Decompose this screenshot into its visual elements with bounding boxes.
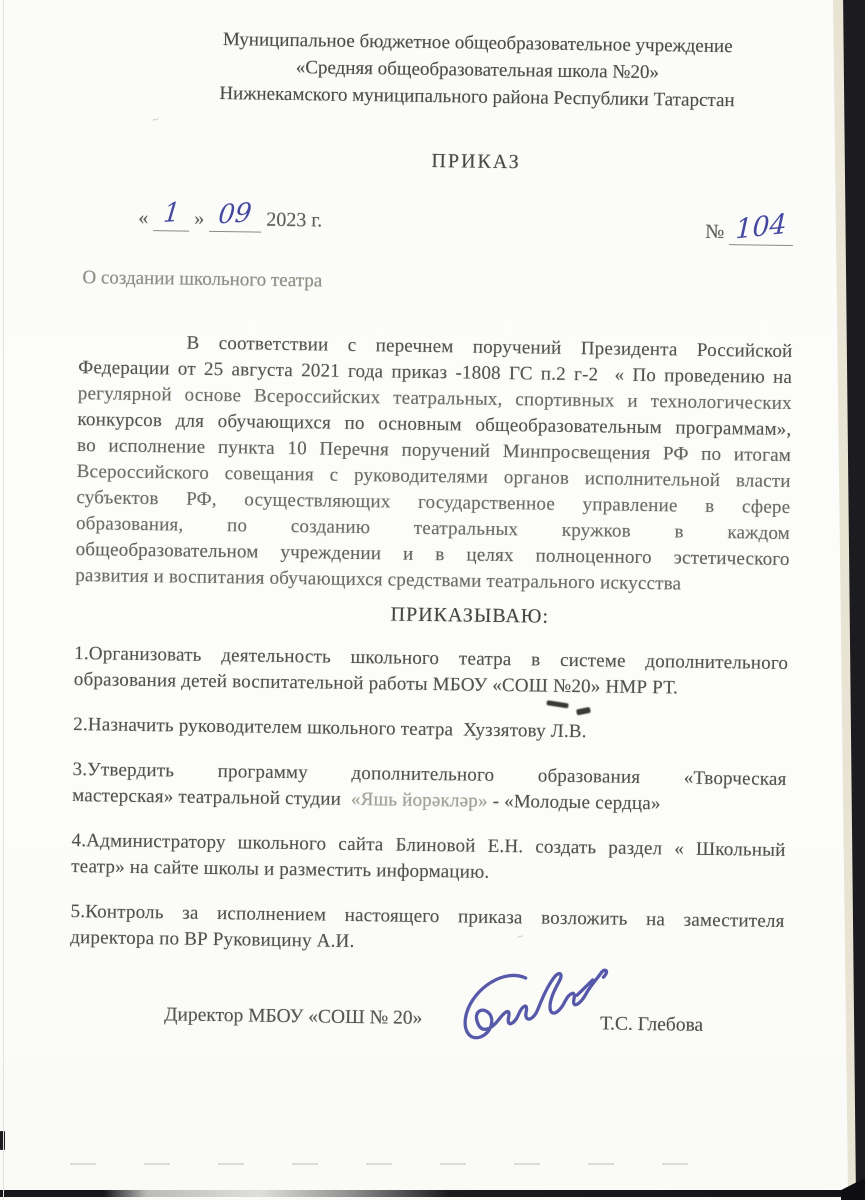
resolution-heading: ПРИКАЗЫВАЮ: (120, 600, 820, 633)
order-number-group: № 104 (705, 220, 793, 246)
document-type-title: ПРИКАЗ (126, 146, 826, 179)
order-items-list: 1.Организовать деятельность школьного те… (70, 641, 789, 980)
order-item-2: 2.Назначить руководителем школьного теат… (73, 712, 787, 748)
number-label: № (705, 221, 724, 243)
scan-edge-bottom (0, 1190, 865, 1197)
order-item-4: 4.Администратору школьного сайта Блиново… (71, 828, 786, 890)
number-value-handwritten: 104 (735, 215, 787, 241)
document-header: Муниципальное бюджетное общеобразователь… (127, 26, 828, 117)
scanned-order-page: Муниципальное бюджетное общеобразователь… (0, 0, 865, 1200)
date-and-number-row: « 1 » 09 2023 г. № 104 (80, 205, 795, 251)
order-item-1: 1.Организовать деятельность школьного те… (74, 641, 789, 703)
scan-artifact-squiggle-top: ~ (151, 113, 161, 126)
number-blank: 104 (729, 220, 793, 246)
order-item-5: 5.Контроль за исполнением настоящего при… (70, 899, 785, 961)
studio-text-before: мастерская» театральной студии (72, 785, 351, 810)
order-item-2-line-1: 2.Назначить руководителем школьного теат… (73, 712, 787, 748)
date-open-quote: « (138, 207, 148, 229)
date-month-handwritten: 09 (218, 203, 253, 226)
date-line: « 1 » 09 2023 г. (138, 206, 322, 234)
date-day-blank: 1 (153, 206, 189, 232)
document-content: Муниципальное бюджетное общеобразователь… (0, 0, 865, 1200)
signature-autograph (452, 940, 629, 1062)
scan-left-fold-line (3, 0, 4, 1200)
date-year: 2023 г. (266, 209, 322, 232)
preamble-paragraph: В соответствии с перечнем поручений През… (75, 329, 793, 599)
studio-text-after: - «Молодые сердца» (488, 791, 661, 814)
signature-position-title: Директор МБОУ «СОШ № 20» (164, 1004, 422, 1030)
date-close-quote: » (194, 208, 204, 230)
scan-faint-dashes (70, 1163, 710, 1165)
studio-name-tatar-faded: «Яшь йорәкләр» (351, 789, 488, 812)
order-item-3: 3.Утвердить программу дополнительного об… (72, 757, 787, 819)
subject-line: О создании школьного театра (82, 267, 322, 292)
date-day-handwritten: 1 (162, 203, 181, 224)
date-month-blank: 09 (209, 207, 261, 233)
